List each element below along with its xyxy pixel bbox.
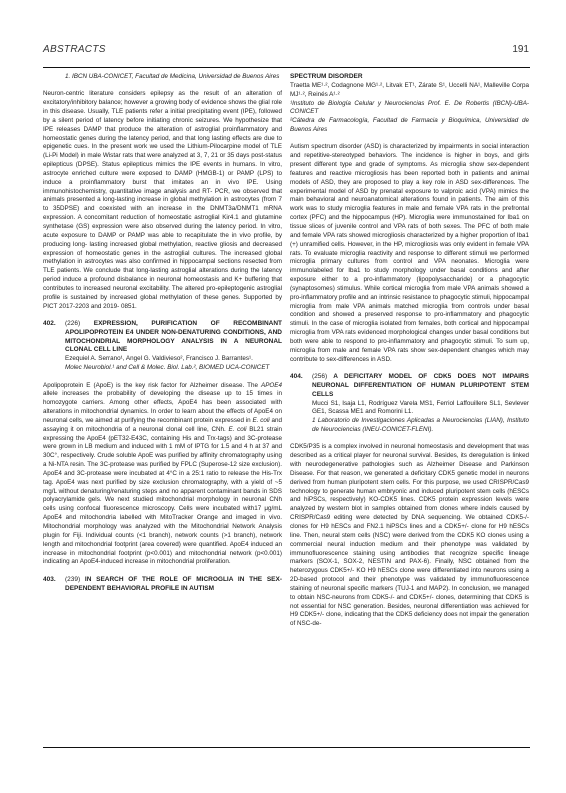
right-column: SPECTRUM DISORDER Traetta ME¹·², Codagno…: [290, 73, 529, 629]
left-column: 1. IBCN UBA-CONICET, Facultad de Medicin…: [43, 73, 282, 593]
abstract-404-title: (256) A DEFICITARY MODEL OF CDK5 DOES NO…: [312, 373, 529, 400]
abstract-402-code: (226): [65, 320, 80, 327]
abstract-403-affiliation-2: ²Cátedra de Farmacología, Facultad de Fa…: [290, 117, 529, 135]
abstract-403-affiliation-1: ¹Instituto de Biología Celular y Neuroci…: [290, 100, 529, 118]
abstract-404-title-text: A DEFICITARY MODEL OF CDK5 DOES NOT IMPA…: [312, 373, 529, 398]
prev-abstract-affiliation: 1. IBCN UBA-CONICET, Facultad de Medicin…: [43, 73, 282, 82]
running-header-title: ABSTRACTS: [43, 44, 106, 55]
abstract-403-title-text: IN SEARCH OF THE ROLE OF MICROGLIA IN TH…: [65, 576, 282, 592]
top-rule: [43, 67, 530, 68]
abstract-402-heading: 402. (226) EXPRESSION, PURIFICATION OF R…: [43, 320, 282, 355]
bottom-rule: [43, 747, 530, 748]
abstract-404-code: (256): [312, 373, 327, 380]
abstract-403-number: 403.: [43, 576, 65, 594]
abstract-402-authors: Ezequiel A. Serrano¹, Angel G. Valdivies…: [43, 355, 282, 364]
abstract-403-title: (239) IN SEARCH OF THE ROLE OF MICROGLIA…: [65, 576, 282, 594]
abstract-403-heading: 403. (239) IN SEARCH OF THE ROLE OF MICR…: [43, 576, 282, 594]
abstract-403-body: Autism spectrum disorder (ASD) is charac…: [290, 143, 529, 364]
abstract-403-code: (239): [65, 576, 80, 583]
abstract-404-body: CDK5/P35 is a complex involved in neuron…: [290, 443, 529, 629]
abstract-403-title-continued: SPECTRUM DISORDER: [290, 73, 529, 82]
abstract-402-body: Apolipoprotein E (ApoE) is the key risk …: [43, 382, 282, 568]
abstract-402-affiliation: Molec Neurobiol.¹ and Cell & Molec. Biol…: [43, 364, 282, 373]
abstract-404-affiliation: 1 Laboratorio de Investigaciones Aplicad…: [290, 417, 529, 435]
prev-abstract-body: Neuron-centric literature considers epil…: [43, 90, 282, 311]
page-number: 191: [512, 44, 529, 55]
abstract-404-heading: 404. (256) A DEFICITARY MODEL OF CDK5 DO…: [290, 373, 529, 400]
abstract-402-title-text: EXPRESSION, PURIFICATION OF RECOMBINANT …: [65, 320, 282, 354]
abstract-402-number: 402.: [43, 320, 65, 355]
abstract-404-number: 404.: [290, 373, 312, 400]
abstract-403-authors: Traetta ME¹·², Codagnone MG¹·², Litvak E…: [290, 82, 529, 100]
abstract-402-title: (226) EXPRESSION, PURIFICATION OF RECOMB…: [65, 320, 282, 355]
abstract-404-authors: Mucci S1, Isaja L1, Rodríguez Varela MS1…: [290, 400, 529, 418]
